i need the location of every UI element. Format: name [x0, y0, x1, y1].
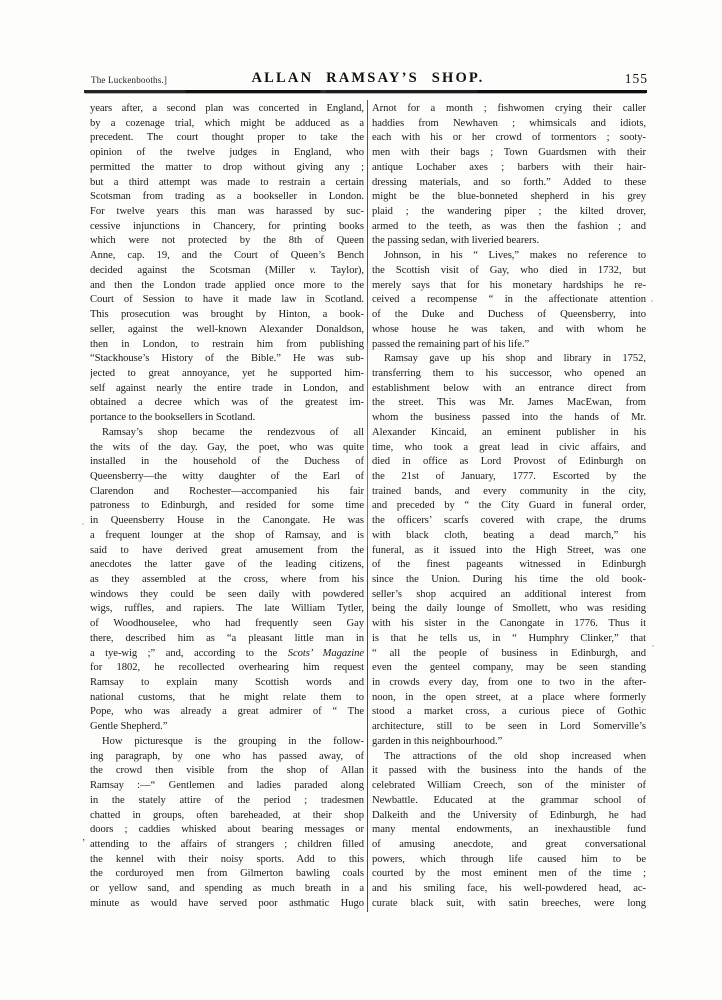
book-page: The Luckenbooths.] ALLAN RAMSAY’S SHOP. … [0, 0, 722, 1000]
text-line: it passed with the business into the han… [372, 764, 646, 779]
text-line: and preceded by “ the City Guard in fune… [372, 499, 646, 514]
text-line: in crowds every day, from one to two in … [372, 676, 646, 691]
text-line: establishment below with an entrance dir… [372, 382, 646, 397]
text-line: by a cozenage trial, which might be addu… [90, 117, 364, 132]
text-line: the wits of the day. Gay, the poet, who … [90, 441, 364, 456]
text-line: This prosecution was brought by Hinton, … [90, 308, 364, 323]
column-divider-rule [367, 100, 368, 912]
text-line: patroness to Edinburgh, and resided for … [90, 499, 364, 514]
text-line: stood a market cross, a curious piece of… [372, 705, 646, 720]
text-line: garden in this neighbourhood.” [372, 735, 646, 750]
scan-speck [82, 523, 84, 525]
text-line: Johnson, in his “ Lives,” makes no refer… [372, 249, 646, 264]
text-line: For twelve years this man was harassed b… [90, 205, 364, 220]
text-line: celebrated William Creech, son of the mi… [372, 779, 646, 794]
text-line: as they assembled at the cross, where fr… [90, 573, 364, 588]
text-line: funeral, as it issued into the High Stre… [372, 544, 646, 559]
text-line: curate black suit, with satin breeches, … [372, 897, 646, 912]
text-line: merely says that for his monetary hardsh… [372, 279, 646, 294]
text-line: powers, which through life caused him to… [372, 853, 646, 868]
text-line: whose house he was taken, and with whom … [372, 323, 646, 338]
text-line: in Queensberry House in the Canongate. H… [90, 514, 364, 529]
text-line: or yellow sand, and spending as much bre… [90, 882, 364, 897]
text-line: the street. This was Mr. James MacEwan, … [372, 396, 646, 411]
header-rule [84, 90, 647, 93]
text-line: windows they could be seen daily with po… [90, 588, 364, 603]
column-left: years after, a second plan was concerted… [90, 102, 364, 912]
text-line: cessive injunctions in Chancery, for pri… [90, 220, 364, 235]
text-line: national customs, that he might relate t… [90, 691, 364, 706]
text-line: Ramsay gave up his shop and library in 1… [372, 352, 646, 367]
text-line: the Scottish visit of Gay, who died in 1… [372, 264, 646, 279]
text-line: for 1802, he recollected overhearing him… [90, 661, 364, 676]
column-right: Arnot for a month ; fishwomen crying the… [372, 102, 646, 912]
text-line: Anne, cap. 19, and the Court of Queen’s … [90, 249, 364, 264]
page-number: 155 [625, 71, 648, 87]
text-line: Gentle Shepherd.” [90, 720, 364, 735]
text-line: ing paragraph, by one who has passed awa… [90, 750, 364, 765]
text-line: wigs, ruffles, and rapiers. The late Wil… [90, 602, 364, 617]
text-line: architecture, still to be seen in Lord S… [372, 720, 646, 735]
text-line: Dalkeith and the University of Edinburgh… [372, 809, 646, 824]
text-line: permitted the matter to drop without giv… [90, 161, 364, 176]
text-line: Ramsay :—“ Gentlemen and ladies paraded … [90, 779, 364, 794]
text-line: Ramsay to explain many Scottish words an… [90, 676, 364, 691]
text-line: passed the remaining part of his life.” [372, 338, 646, 353]
text-line: Alexander Kincaid, an eminent publisher … [372, 426, 646, 441]
text-line: whom the business passed into the hands … [372, 411, 646, 426]
text-line: of the finest pageants witnessed in Edin… [372, 558, 646, 573]
text-line: the corduroyed men from Gilmerton bawlin… [90, 867, 364, 882]
text-line: each with his or her crowd of tormentors… [372, 131, 646, 146]
text-line: Newbattle. Educated at the grammar schoo… [372, 794, 646, 809]
text-line: the 21st of January, 1777. Escorted by t… [372, 470, 646, 485]
margin-quote-mark: ’ [82, 838, 90, 849]
text-line: Scotsman from trading as a bookseller in… [90, 190, 364, 205]
text-line: being the daily lounge of Smollett, who … [372, 602, 646, 617]
text-line: precedent. The court thought proper to t… [90, 131, 364, 146]
text-line: armed to the teeth, as was then the fash… [372, 220, 646, 235]
text-line: Arnot for a month ; fishwomen crying the… [372, 102, 646, 117]
text-line: installed in the household of the Duches… [90, 455, 364, 470]
text-line: Clarendon and Rochester—accompanied his … [90, 485, 364, 500]
text-line: of Woodhouselee, who had frequently seen… [90, 617, 364, 632]
text-line: there, described him as “a pleasant litt… [90, 632, 364, 647]
text-line: Queensberry—the witty daughter of the Ea… [90, 470, 364, 485]
text-line: of amusing anecdote, and great conversat… [372, 838, 646, 853]
text-line: haddies from Newhaven ; whimsicals and i… [372, 117, 646, 132]
text-line: years after, a second plan was concerted… [90, 102, 364, 117]
text-line: the kennel with their noisy sports. Add … [90, 853, 364, 868]
text-line: seller’s shop acquired an additional int… [372, 588, 646, 603]
text-line: which were not protected by the 8th of Q… [90, 234, 364, 249]
text-line: jected to great annoyance, yet he suppor… [90, 367, 364, 382]
scan-speck [651, 300, 653, 302]
text-line: decided against the Scotsman (Miller v. … [90, 264, 364, 279]
text-line: even the genteel company, may be seen st… [372, 661, 646, 676]
text-line: antique Lochaber axes ; barbers with the… [372, 161, 646, 176]
text-line: noon, in the open street, at a place whe… [372, 691, 646, 706]
text-line: Ramsay’s shop became the rendezvous of a… [90, 426, 364, 441]
text-line: doors ; caddies whisked about bearing me… [90, 823, 364, 838]
text-line: men with their bags ; Town Guardsmen wit… [372, 146, 646, 161]
text-line: then in London, to restrain him from pub… [90, 338, 364, 353]
text-line: ceived a recompense “ in the affectionat… [372, 293, 646, 308]
text-line: anecdotes the latter gave of the leading… [90, 558, 364, 573]
text-line: many mental endowments, an inexhaustible… [372, 823, 646, 838]
text-line: attending to the affairs of strangers ; … [90, 838, 364, 853]
text-line: with black cloth, beating a dead march,”… [372, 529, 646, 544]
text-line: with his sister in the Canongate in 1776… [372, 617, 646, 632]
text-line: minute as would have served poor asthmat… [90, 897, 364, 912]
scan-speck [652, 645, 654, 647]
text-line: The attractions of the old shop increase… [372, 750, 646, 765]
text-line: Pope, who was already a great admirer of… [90, 705, 364, 720]
page-title: ALLAN RAMSAY’S SHOP. [90, 70, 646, 87]
text-line: dressing materials, and so forth.” Added… [372, 176, 646, 191]
text-line: but a third attempt was made to restrain… [90, 176, 364, 191]
text-line: and then the London trade applied once m… [90, 279, 364, 294]
text-line: said to have derived great amusement fro… [90, 544, 364, 559]
text-line: the officers’ scarfs covered with crape,… [372, 514, 646, 529]
text-line: might be the blue-bonneted shepherd in h… [372, 190, 646, 205]
text-line: the passing sedan, with liveried bearers… [372, 234, 646, 249]
text-line: a frequent lounger at the shop of Ramsay… [90, 529, 364, 544]
text-line: time, who took a great lead in civic aff… [372, 441, 646, 456]
text-line: How picturesque is the grouping in the f… [90, 735, 364, 750]
text-line: and his smiling face, his well-powdered … [372, 882, 646, 897]
text-line: opinion of the twelve judges in England,… [90, 146, 364, 161]
text-line: “ all the people of business in Edinburg… [372, 647, 646, 662]
text-line: Court of Session to have it made law in … [90, 293, 364, 308]
text-line: seller, against the well-known Alexander… [90, 323, 364, 338]
text-line: courted by the most eminent men of the t… [372, 867, 646, 882]
text-line: a tye-wig ;” and, according to the Scots… [90, 647, 364, 662]
text-line: since the Union. During his time the old… [372, 573, 646, 588]
text-line: portance to the booksellers in Scotland. [90, 411, 364, 426]
text-line: of the Duke and Duchess of Queensberry, … [372, 308, 646, 323]
text-line: the crowd then visible from the shop of … [90, 764, 364, 779]
text-line: plaid ; the wandering piper ; the kilted… [372, 205, 646, 220]
text-line: self against nearly the entire trade in … [90, 382, 364, 397]
text-line: trained bands, and every community in th… [372, 485, 646, 500]
text-line: chatted in groups, often bareheaded, at … [90, 809, 364, 824]
text-line: is that he tells us, in “ Humphry Clinke… [372, 632, 646, 647]
text-line: obtained a decree which was of the great… [90, 396, 364, 411]
text-line: “Stackhouse’s History of the Bible.” He … [90, 352, 364, 367]
text-line: transferring them to his successor, who … [372, 367, 646, 382]
text-line: in the stately attire of the period ; tr… [90, 794, 364, 809]
text-line: died in office as Lord Provost of Edinbu… [372, 455, 646, 470]
